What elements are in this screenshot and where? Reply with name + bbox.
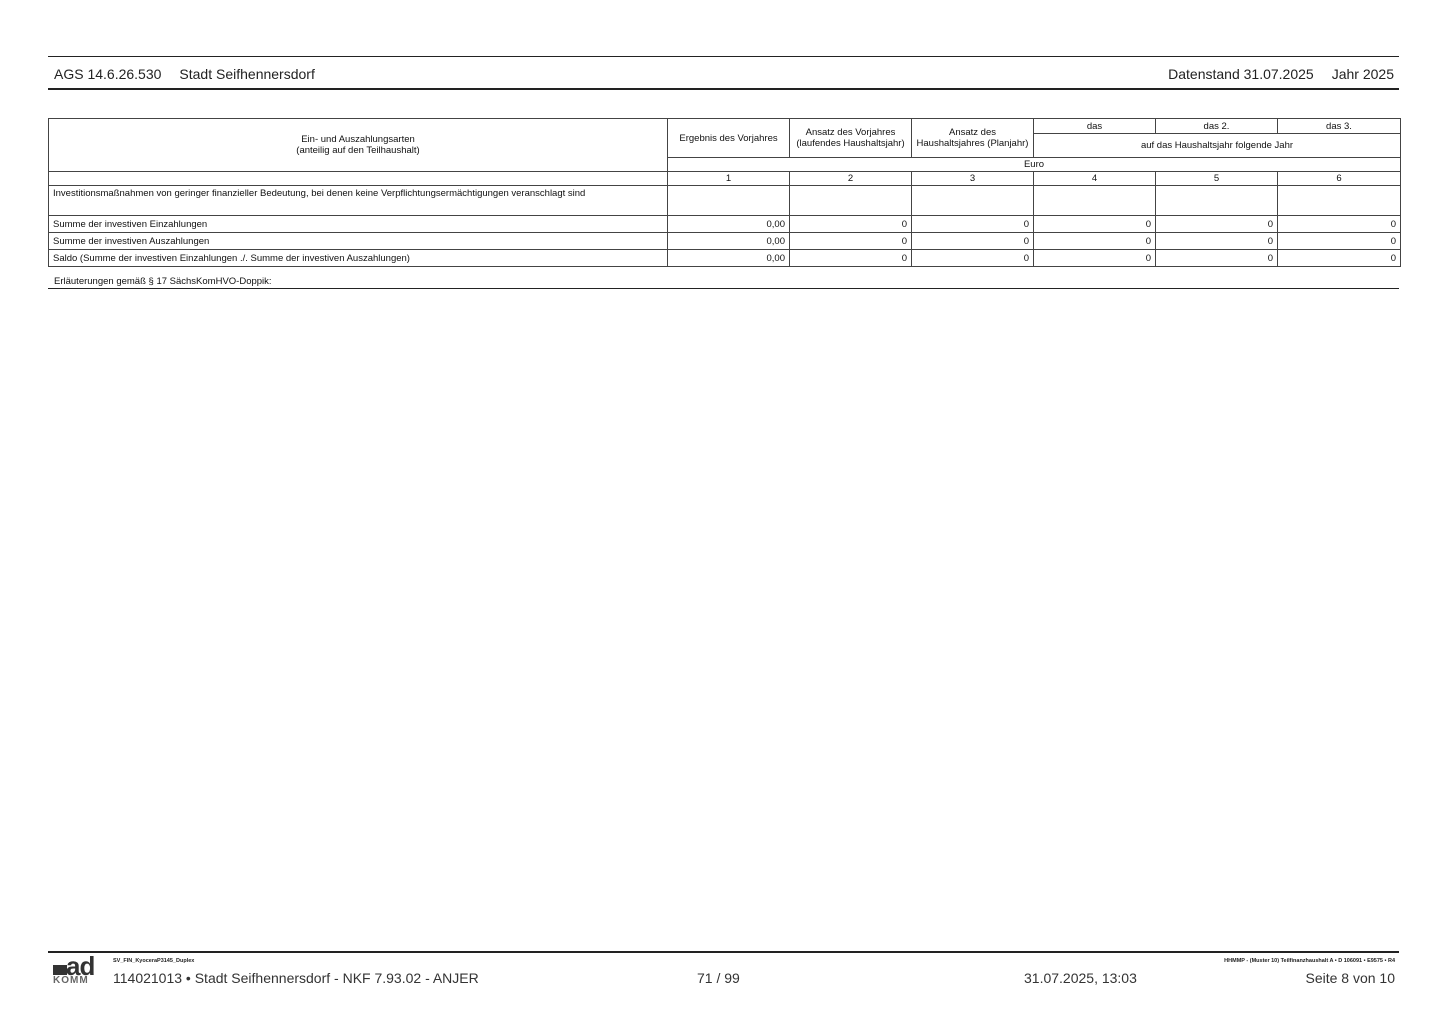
row-value: 0 <box>1278 233 1401 250</box>
form-identifier: HHMMP - (Muster 10) Teilfinanzhaushalt A… <box>1224 958 1395 964</box>
row-label: Saldo (Summe der investiven Einzahlungen… <box>49 250 668 267</box>
label-column-header: Ein- und Auszahlungsarten (anteilig auf … <box>49 119 668 172</box>
row-value <box>912 186 1034 216</box>
row-value: 0 <box>790 216 912 233</box>
row-value: 0 <box>1156 233 1278 250</box>
row-value: 0,00 <box>668 216 790 233</box>
row-value <box>1156 186 1278 216</box>
adkomm-logo: ad KOMM <box>53 958 107 986</box>
printer-name: SV_FIN_KyoceraP3145_Duplex <box>113 958 194 964</box>
row-value: 0 <box>790 233 912 250</box>
row-label: Summe der investiven Einzahlungen <box>49 216 668 233</box>
col-index-3: 3 <box>912 172 1034 186</box>
explanations-rule <box>48 288 1399 289</box>
budget-year: Jahr 2025 <box>1332 66 1394 82</box>
table-row: Summe der investiven Auszahlungen 0,00 0… <box>49 233 1401 250</box>
print-timestamp: 31.07.2025, 13:03 <box>1024 970 1137 986</box>
table-row: Investitionsmaßnahmen von geringer finan… <box>49 186 1401 216</box>
table-row: Summe der investiven Einzahlungen 0,00 0… <box>49 216 1401 233</box>
row-value: 0 <box>1156 250 1278 267</box>
label-header-line2: (anteilig auf den Teilhaushalt) <box>53 145 663 156</box>
header-top-rule <box>48 56 1399 57</box>
header-bottom-rule <box>48 88 1399 90</box>
row-value: 0 <box>912 250 1034 267</box>
col-header-4: das <box>1034 119 1156 134</box>
label-header-line1: Ein- und Auszahlungsarten <box>53 134 663 145</box>
logo-block <box>53 965 67 975</box>
financial-table: Ein- und Auszahlungsarten (anteilig auf … <box>48 118 1401 267</box>
header-left: AGS 14.6.26.530Stadt Seifhennersdorf <box>54 66 315 82</box>
row-value: 0,00 <box>668 233 790 250</box>
logo-komm-text: KOMM <box>53 975 89 986</box>
col-header-1: Ergebnis des Vorjahres <box>668 119 790 158</box>
row-value: 0 <box>912 216 1034 233</box>
row-value: 0 <box>1034 250 1156 267</box>
data-status: Datenstand 31.07.2025 <box>1168 66 1314 82</box>
row-value <box>790 186 912 216</box>
col-index-spacer <box>49 172 668 186</box>
col-index-4: 4 <box>1034 172 1156 186</box>
document-info: 114021013 • Stadt Seifhennersdorf - NKF … <box>113 970 479 986</box>
row-value: 0,00 <box>668 250 790 267</box>
row-label: Summe der investiven Auszahlungen <box>49 233 668 250</box>
footer-rule <box>48 951 1399 953</box>
row-value: 0 <box>1278 216 1401 233</box>
following-years-header: auf das Haushaltsjahr folgende Jahr <box>1034 134 1401 158</box>
col-header-3: Ansatz des Haushaltsjahres (Planjahr) <box>912 119 1034 158</box>
page-of: Seite 8 von 10 <box>1305 970 1395 986</box>
col-index-6: 6 <box>1278 172 1401 186</box>
col-index-5: 5 <box>1156 172 1278 186</box>
row-value <box>668 186 790 216</box>
row-label: Investitionsmaßnahmen von geringer finan… <box>49 186 668 216</box>
row-value: 0 <box>912 233 1034 250</box>
row-value: 0 <box>790 250 912 267</box>
col-index-1: 1 <box>668 172 790 186</box>
municipality-name: Stadt Seifhennersdorf <box>179 66 314 82</box>
col-header-6: das 3. <box>1278 119 1401 134</box>
ags-code: AGS 14.6.26.530 <box>54 66 161 82</box>
row-value: 0 <box>1278 250 1401 267</box>
unit-header: Euro <box>668 158 1401 172</box>
row-value: 0 <box>1034 233 1156 250</box>
row-value <box>1278 186 1401 216</box>
row-value: 0 <box>1034 216 1156 233</box>
row-value: 0 <box>1156 216 1278 233</box>
page-counter: 71 / 99 <box>697 970 740 986</box>
table-row: Saldo (Summe der investiven Einzahlungen… <box>49 250 1401 267</box>
col-index-2: 2 <box>790 172 912 186</box>
row-value <box>1034 186 1156 216</box>
explanations-label: Erläuterungen gemäß § 17 SächsKomHVO-Dop… <box>54 276 272 287</box>
col-header-5: das 2. <box>1156 119 1278 134</box>
header-right: Datenstand 31.07.2025Jahr 2025 <box>1168 66 1394 82</box>
col-header-2: Ansatz des Vorjahres (laufendes Haushalt… <box>790 119 912 158</box>
